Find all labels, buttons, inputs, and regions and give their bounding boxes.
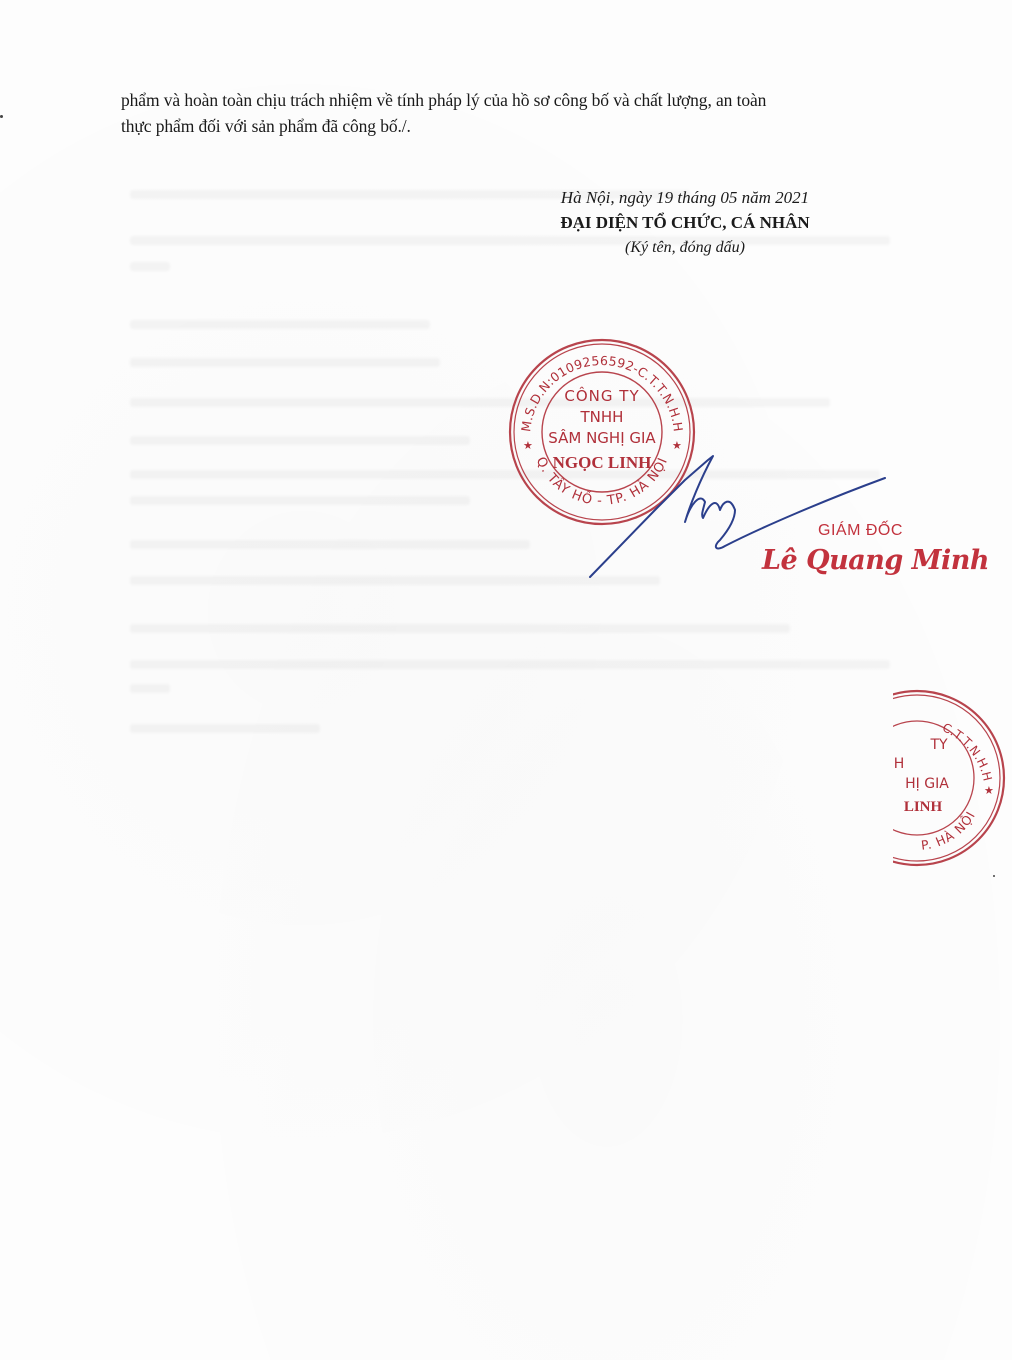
scan-speck [0,115,3,118]
director-name: Lê Quang Minh [762,545,989,576]
place-and-date: Hà Nội, ngày 19 tháng 05 năm 2021 [510,186,860,210]
partial-company-stamp-icon: C.T.T.N.H.H P. HÀ NỘI ★ TY H HỊ GIA LINH [893,688,1007,868]
svg-text:C.T.T.N.H.H: C.T.T.N.H.H [940,720,995,782]
svg-text:CÔNG TY: CÔNG TY [564,386,639,405]
svg-text:TY: TY [929,737,948,753]
representative-title: ĐẠI DIỆN TỔ CHỨC, CÁ NHÂN [510,210,860,236]
sign-and-stamp-note: (Ký tên, đóng dấu) [510,236,860,260]
svg-text:H: H [894,756,905,772]
partial-stamp-clip: C.T.T.N.H.H P. HÀ NỘI ★ TY H HỊ GIA LINH [893,680,1012,880]
svg-text:★: ★ [984,784,994,797]
svg-text:LINH: LINH [904,799,943,815]
signature-block: Hà Nội, ngày 19 tháng 05 năm 2021 ĐẠI DI… [510,186,860,260]
director-title: GIÁM ĐỐC [818,522,903,540]
scan-speck [993,875,995,877]
document-page: phẩm và hoàn toàn chịu trách nhiệm về tí… [0,0,1012,1360]
paragraph-line-2: thực phẩm đối với sản phẩm đã công bố./. [121,113,901,139]
paragraph-line-1: phẩm và hoàn toàn chịu trách nhiệm về tí… [121,87,901,113]
svg-text:HỊ GIA: HỊ GIA [905,776,949,792]
svg-text:★: ★ [523,439,533,452]
closing-paragraph: phẩm và hoàn toàn chịu trách nhiệm về tí… [121,87,901,139]
